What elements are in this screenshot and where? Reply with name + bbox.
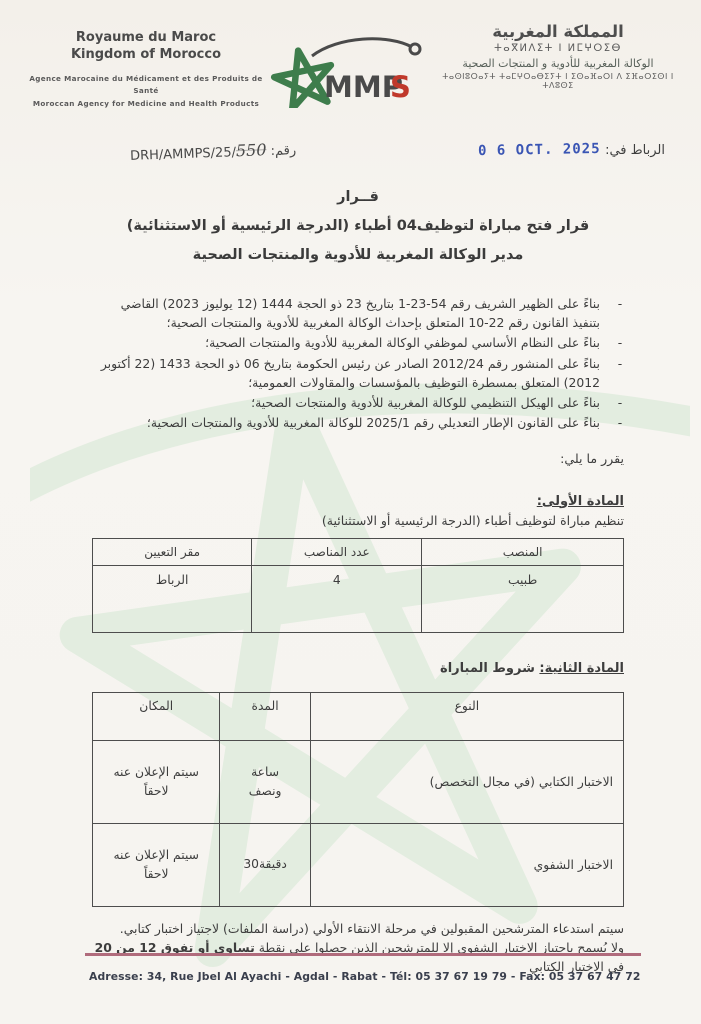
exam-duration-text: 30دقيقة: [242, 855, 288, 873]
exam-place-text: سيتم الإعلان عنه لاحقاً: [108, 763, 204, 800]
letterhead-right: المملكة المغربية ⵜⴰⴳⵍⴷⵉⵜ ⵏ ⵍⵎⵖⵔⵉⴱ الوكال…: [441, 16, 675, 90]
date-stamp: 0 6 OCT. 2025: [478, 141, 601, 159]
list-item: - بناءً على المنشور رقم 2012/24 الصادر ع…: [92, 354, 624, 392]
preamble-item-text: بناءً على الظهير الشريف رقم 54-23-1 بتار…: [92, 294, 600, 332]
dash-bullet-icon: -: [616, 393, 624, 412]
country-name-en: Kingdom of Morocco: [26, 47, 266, 64]
agency-name-ar: الوكالة المغربية للأدوية و المنتجات الصح…: [441, 57, 675, 70]
article2-heading: المادة الثانية: شروط المباراة: [92, 661, 624, 676]
dash-bullet-icon: -: [616, 294, 624, 332]
article1-heading-text: المادة الأولى:: [537, 494, 624, 509]
column-header-position: المنصب: [422, 538, 624, 565]
decision-intro: يقرر ما يلي:: [92, 451, 624, 466]
preamble-list: - بناءً على الظهير الشريف رقم 54-23-1 بت…: [92, 294, 624, 433]
cell-exam-type: الاختبار الكتابي (في مجال التخصص): [310, 740, 623, 823]
article1-heading: المادة الأولى:: [92, 494, 624, 509]
table-header-row: المنصب عدد المناصب مقر التعيين: [93, 538, 624, 565]
table-row: طبيب 4 الرباط: [93, 565, 624, 632]
article2-subtitle: شروط المباراة: [440, 661, 539, 676]
exam-conditions-table: النوع المدة المكان الاختبار الكتابي (في …: [92, 692, 624, 907]
country-name-fr: Royaume du Maroc: [26, 30, 266, 47]
closing-line1: سيتم استدعاء المترشحين المقبولين في مرحل…: [92, 919, 624, 938]
letterhead-left: Royaume du Maroc Kingdom of Morocco Agen…: [26, 16, 266, 110]
preamble-item-text: بناءً على القانون الإطار التعديلي رقم 20…: [92, 413, 600, 432]
cell-exam-place: سيتم الإعلان عنه لاحقاً: [93, 740, 220, 823]
agency-name-fr: Agence Marocaine du Médicament et des Pr…: [26, 73, 266, 97]
reference-number: رقم: 550/DRH/AMMPS/25: [130, 139, 297, 164]
list-item: - بناءً على القانون الإطار التعديلي رقم …: [92, 413, 624, 432]
cell-position: طبيب: [422, 565, 624, 632]
dateline-label: الرباط في:: [605, 143, 665, 158]
decree-title: قــرار قرار فتح مباراة لتوظيف04 أطباء (ا…: [92, 183, 624, 270]
ammps-logo-icon: MMP S: [266, 34, 438, 108]
logo-text-s: S: [390, 70, 411, 104]
positions-table: المنصب عدد المناصب مقر التعيين طبيب 4 ال…: [92, 538, 624, 633]
letterhead: Royaume du Maroc Kingdom of Morocco Agen…: [0, 0, 701, 112]
cell-count: 4: [252, 565, 422, 632]
column-header-count: عدد المناصب: [252, 538, 422, 565]
table-header-row: النوع المدة المكان: [93, 692, 624, 740]
cell-exam-type: الاختبار الشفوي: [310, 823, 623, 906]
reference-date-row: الرباط في: 0 6 OCT. 2025 رقم: 550/DRH/AM…: [130, 142, 665, 161]
dateline: الرباط في: 0 6 OCT. 2025: [474, 142, 665, 158]
reference-label: رقم:: [270, 143, 296, 159]
decree-title-line3: مدير الوكالة المغربية للأدوية والمنتجات …: [92, 241, 624, 270]
footer-address: Adresse: 34, Rue Jbel Al Ayachi - Agdal …: [85, 970, 641, 983]
kingdom-name-ar: المملكة المغربية: [441, 22, 675, 41]
dash-bullet-icon: -: [616, 413, 624, 432]
kingdom-name-tifinagh: ⵜⴰⴳⵍⴷⵉⵜ ⵏ ⵍⵎⵖⵔⵉⴱ: [441, 43, 675, 54]
reference-printed-number: /DRH/AMMPS/25: [130, 145, 236, 164]
cell-exam-duration: ساعة ونصف: [220, 740, 310, 823]
decree-title-line2: قرار فتح مباراة لتوظيف04 أطباء (الدرجة ا…: [92, 212, 624, 241]
table-row: الاختبار الكتابي (في مجال التخصص) ساعة و…: [93, 740, 624, 823]
decree-title-word: قــرار: [92, 183, 624, 212]
cell-location: الرباط: [93, 565, 252, 632]
ammps-logo: MMP S: [266, 16, 441, 112]
list-item: - بناءً على الهيكل التنظيمي للوكالة المغ…: [92, 393, 624, 412]
table-row: الاختبار الشفوي 30دقيقة سيتم الإعلان عنه…: [93, 823, 624, 906]
column-header-place: المكان: [93, 692, 220, 740]
dash-bullet-icon: -: [616, 354, 624, 392]
footer-rule: [85, 953, 641, 956]
exam-duration-text: ساعة ونصف: [242, 763, 288, 800]
cell-exam-place: سيتم الإعلان عنه لاحقاً: [93, 823, 220, 906]
agency-name-en: Moroccan Agency for Medicine and Health …: [26, 98, 266, 110]
decree-document: Royaume du Maroc Kingdom of Morocco Agen…: [0, 0, 701, 976]
preamble-item-text: بناءً على النظام الأساسي لموظفي الوكالة …: [92, 333, 600, 352]
article2-heading-text: المادة الثانية:: [539, 661, 624, 676]
page-footer: Adresse: 34, Rue Jbel Al Ayachi - Agdal …: [85, 953, 641, 983]
preamble-item-text: بناءً على الهيكل التنظيمي للوكالة المغرب…: [92, 393, 600, 412]
article1-body: تنظيم مباراة لتوظيف أطباء (الدرجة الرئيس…: [92, 513, 624, 528]
column-header-duration: المدة: [220, 692, 310, 740]
exam-place-text: سيتم الإعلان عنه لاحقاً: [108, 846, 204, 883]
column-header-type: النوع: [310, 692, 623, 740]
list-item: - بناءً على النظام الأساسي لموظفي الوكال…: [92, 333, 624, 352]
cell-exam-duration: 30دقيقة: [220, 823, 310, 906]
agency-name-tifinagh: ⵜⴰⵙⵏⵓⵔⴰⵢⵜ ⵜⴰⵎⵖⵔⴰⴱⵉⵢⵜ ⵏ ⵉⵙⴰⴼⴰⵔⵏ ⴷ ⵉⴼⴰⵔⵉⵙⵏ…: [441, 72, 675, 90]
dash-bullet-icon: -: [616, 333, 624, 352]
preamble-item-text: بناءً على المنشور رقم 2012/24 الصادر عن …: [92, 354, 600, 392]
column-header-location: مقر التعيين: [93, 538, 252, 565]
reference-handwritten-number: 550: [236, 140, 267, 160]
list-item: - بناءً على الظهير الشريف رقم 54-23-1 بت…: [92, 294, 624, 332]
